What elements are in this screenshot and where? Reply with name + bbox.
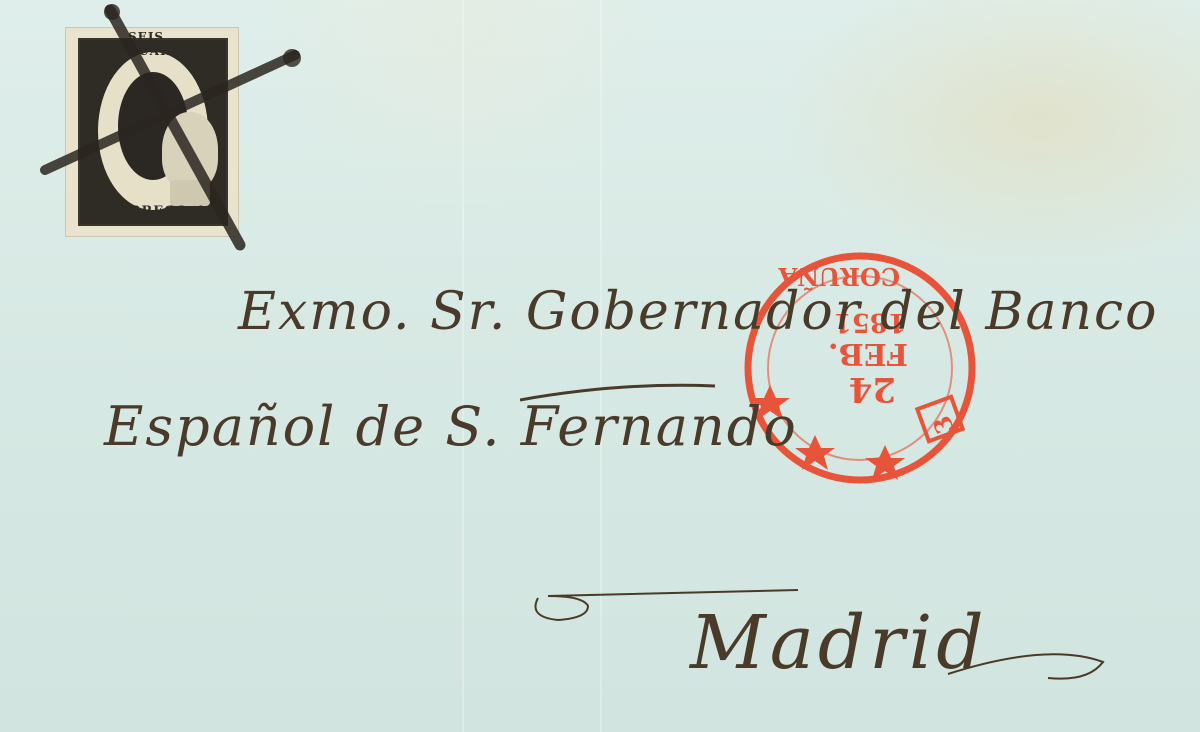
- fold-line: [462, 0, 464, 732]
- address-city: Madrid: [690, 600, 988, 686]
- postmark-day: 24: [849, 369, 896, 409]
- address-line-1: Exmo. Sr. Gobernador del Banco: [238, 282, 1158, 342]
- flourish-icon: [520, 378, 720, 408]
- envelope-cover: SEIS CUARTOS FRANCO CORREOS 1 24 FEB. 18…: [0, 0, 1200, 732]
- cancellation-mark-icon: [40, 0, 310, 260]
